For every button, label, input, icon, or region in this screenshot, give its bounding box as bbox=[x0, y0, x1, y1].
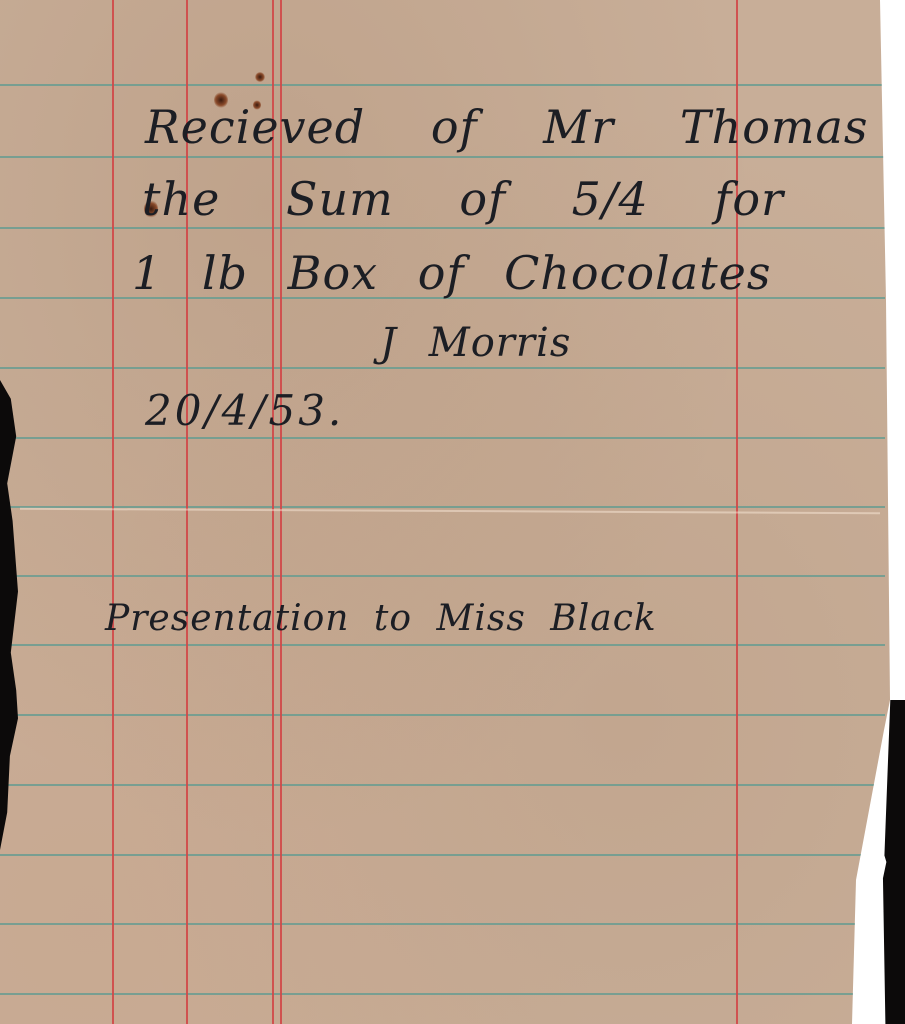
ruled-line bbox=[0, 923, 885, 925]
scanned-document: Recieved of Mr Thomas the Sum of 5/4 for… bbox=[0, 0, 905, 1024]
ruled-line bbox=[0, 714, 885, 716]
receipt-line-received-of: Recieved of Mr Thomas bbox=[145, 100, 869, 154]
receipt-line-item: 1 lb Box of Chocolates bbox=[132, 246, 772, 300]
fold-crease bbox=[20, 508, 880, 515]
ruled-line bbox=[0, 156, 885, 158]
ruled-line bbox=[0, 854, 885, 856]
ruled-line bbox=[0, 367, 885, 369]
receipt-date: 20/4/53. bbox=[145, 386, 344, 435]
rust-stain bbox=[255, 72, 265, 82]
ruled-line bbox=[0, 227, 885, 229]
lined-paper: Recieved of Mr Thomas the Sum of 5/4 for… bbox=[0, 0, 890, 1024]
ruled-line bbox=[0, 84, 885, 86]
ruled-line bbox=[0, 437, 885, 439]
ruled-line bbox=[0, 993, 885, 995]
ruled-line bbox=[0, 644, 885, 646]
presentation-note: Presentation to Miss Black bbox=[105, 598, 657, 639]
ruled-line bbox=[0, 575, 885, 577]
red-margin-line bbox=[112, 0, 114, 1024]
ruled-line bbox=[0, 784, 885, 786]
receipt-line-sum: the Sum of 5/4 for bbox=[142, 172, 784, 226]
receipt-signature: J Morris bbox=[380, 320, 571, 366]
